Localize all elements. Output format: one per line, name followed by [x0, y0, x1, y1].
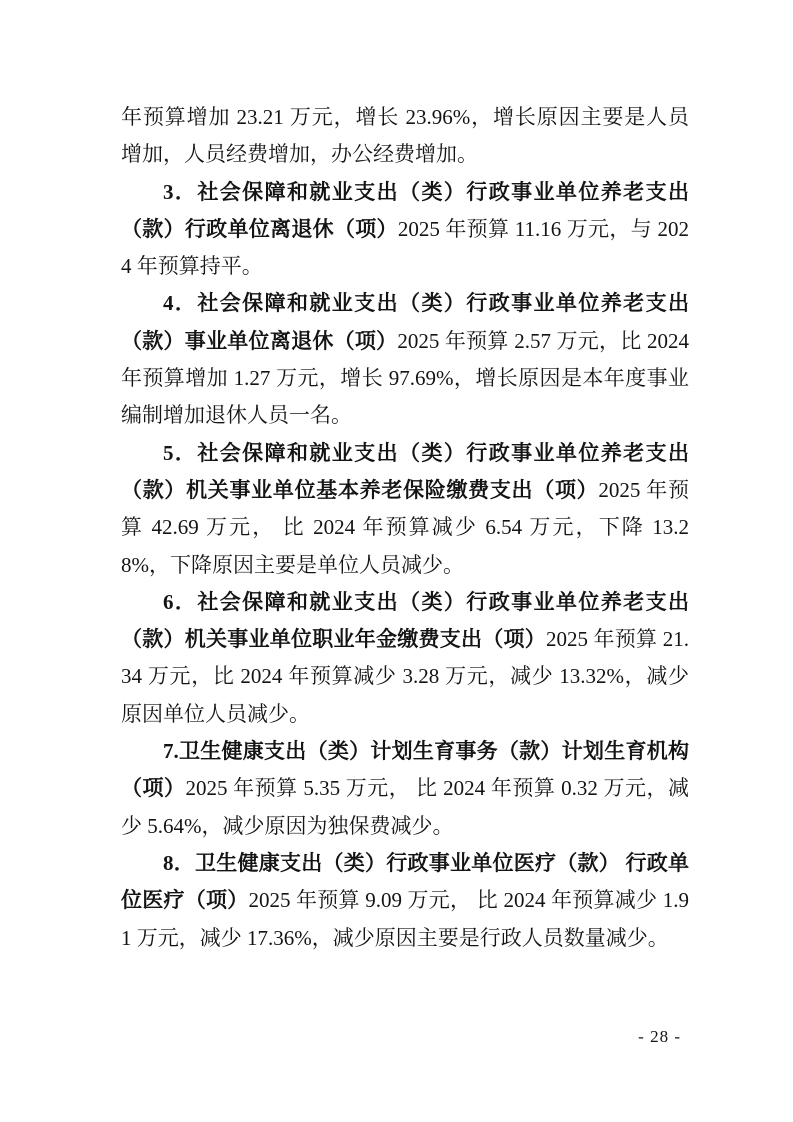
budget-item-4: 4．社会保障和就业支出（类）行政事业单位养老支出（款）事业单位离退休（项）202…	[121, 285, 689, 434]
document-page: 年预算增加 23.21 万元，增长 23.96%，增长原因主要是人员增加，人员经…	[0, 0, 793, 1122]
budget-item-8: 8．卫生健康支出（类）行政事业单位医疗（款） 行政单位医疗（项）2025 年预算…	[121, 845, 689, 957]
budget-item-3: 3．社会保障和就业支出（类）行政事业单位养老支出（款）行政单位离退休（项）202…	[121, 174, 689, 286]
paragraph-body-text: 年预算增加 23.21 万元，增长 23.96%，增长原因主要是人员增加，人员经…	[121, 105, 689, 166]
budget-item-6: 6．社会保障和就业支出（类）行政事业单位养老支出（款）机关事业单位职业年金缴费支…	[121, 584, 689, 733]
document-body: 年预算增加 23.21 万元，增长 23.96%，增长原因主要是人员增加，人员经…	[121, 99, 689, 957]
page-number: - 28 -	[638, 1027, 681, 1047]
budget-item-7-body: 2025 年预算 5.35 万元， 比 2024 年预算 0.32 万元，减少 …	[121, 776, 689, 837]
budget-item-7: 7.卫生健康支出（类）计划生育事务（款）计划生育机构（项）2025 年预算 5.…	[121, 733, 689, 845]
paragraph-continuation: 年预算增加 23.21 万元，增长 23.96%，增长原因主要是人员增加，人员经…	[121, 99, 689, 174]
budget-item-5: 5．社会保障和就业支出（类）行政事业单位养老支出（款）机关事业单位基本养老保险缴…	[121, 435, 689, 584]
